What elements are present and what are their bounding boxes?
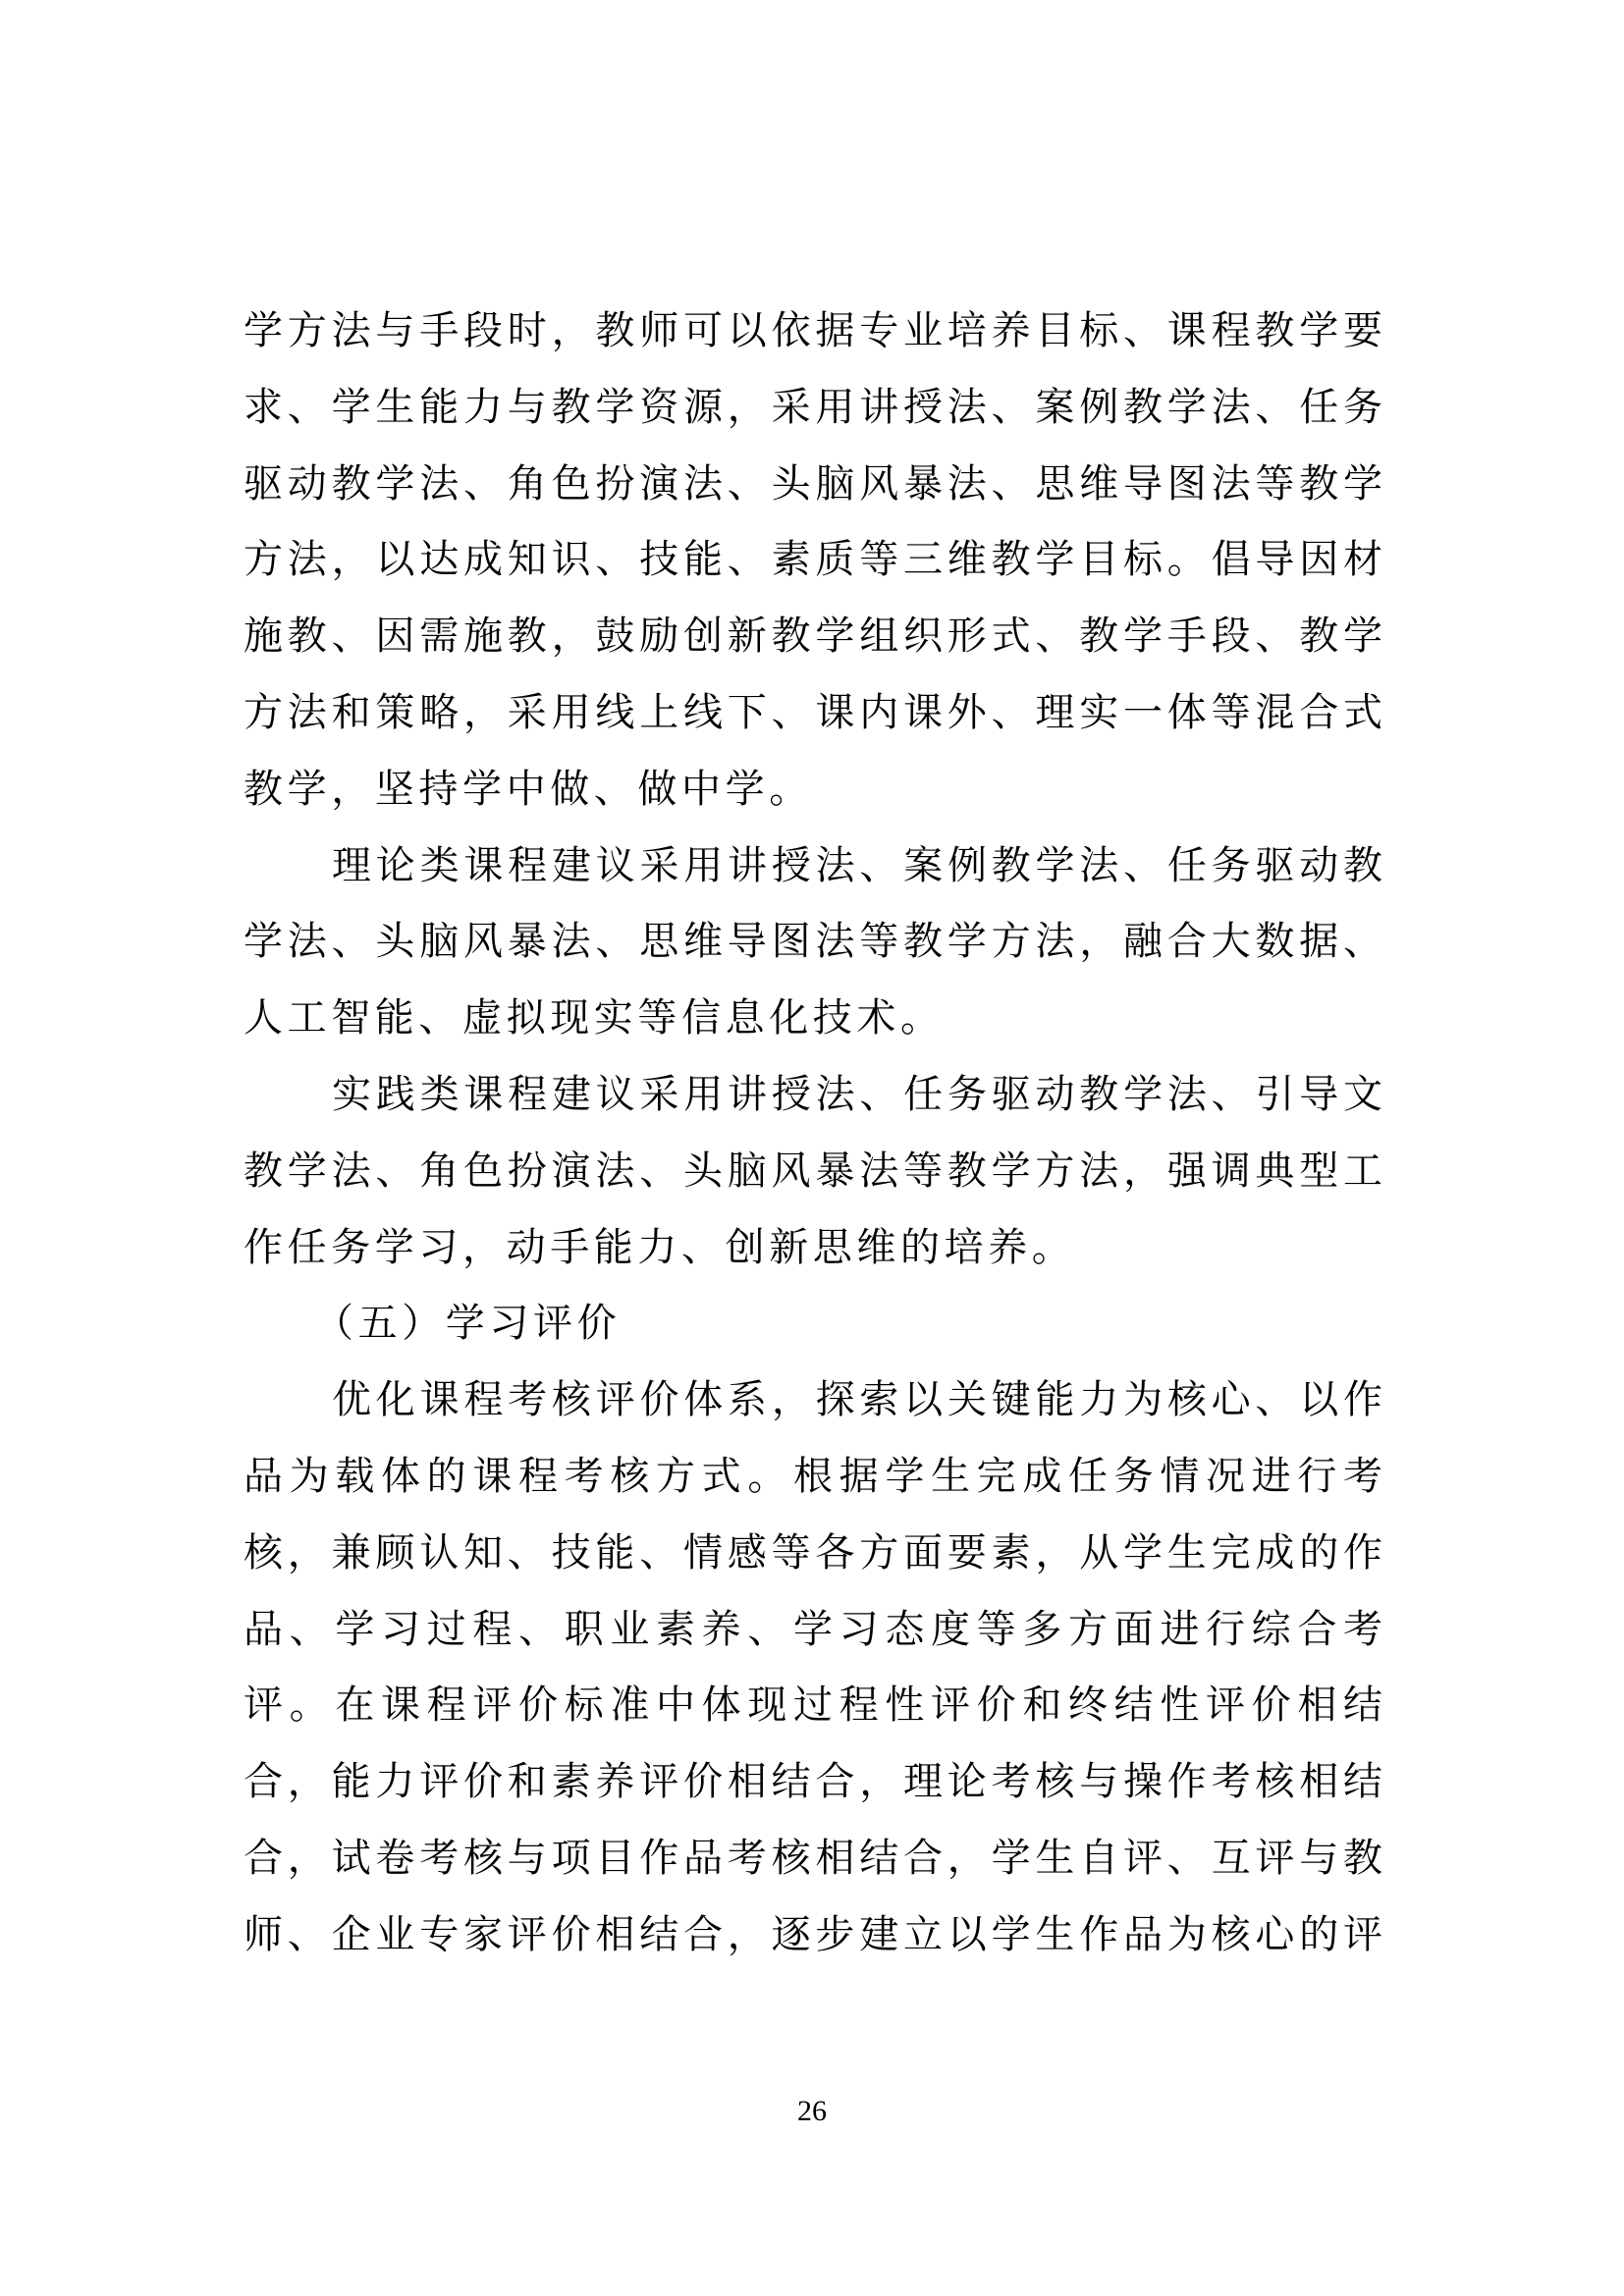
text-line: 实践类课程建议采用讲授法、任务驱动教学法、引导文 xyxy=(244,1057,1382,1134)
text-line: 合，试卷考核与项目作品考核相结合，学生自评、互评与教 xyxy=(244,1821,1382,1897)
text-line: 品、学习过程、职业素养、学习态度等多方面进行综合考 xyxy=(244,1592,1382,1669)
text-line: 作任务学习，动手能力、创新思维的培养。 xyxy=(244,1210,1382,1287)
heading-text: （五）学习评价 xyxy=(244,1286,1382,1362)
text-line: 教学，坚持学中做、做中学。 xyxy=(244,752,1382,828)
text-line: 学方法与手段时，教师可以依据专业培养目标、课程教学要 xyxy=(244,294,1382,370)
text-line: 人工智能、虚拟现实等信息化技术。 xyxy=(244,981,1382,1057)
text-line: 优化课程考核评价体系，探索以关键能力为核心、以作 xyxy=(244,1362,1382,1439)
text-line: 施教、因需施教，鼓励创新教学组织形式、教学手段、教学 xyxy=(244,599,1382,675)
page-number: 26 xyxy=(0,2094,1624,2129)
text-line: 理论类课程建议采用讲授法、案例教学法、任务驱动教 xyxy=(244,828,1382,905)
text-line: 教学法、角色扮演法、头脑风暴法等教学方法，强调典型工 xyxy=(244,1134,1382,1210)
text-line: 驱动教学法、角色扮演法、头脑风暴法、思维导图法等教学 xyxy=(244,447,1382,523)
text-line: 合，能力评价和素养评价相结合，理论考核与操作考核相结 xyxy=(244,1744,1382,1821)
document-page: 学方法与手段时，教师可以依据专业培养目标、课程教学要求、学生能力与教学资源，采用… xyxy=(0,0,1624,2296)
text-line: 评。在课程评价标准中体现过程性评价和终结性评价相结 xyxy=(244,1668,1382,1744)
body-text: 学方法与手段时，教师可以依据专业培养目标、课程教学要求、学生能力与教学资源，采用… xyxy=(244,294,1382,1974)
text-line: 求、学生能力与教学资源，采用讲授法、案例教学法、任务 xyxy=(244,370,1382,447)
paragraph: 学方法与手段时，教师可以依据专业培养目标、课程教学要求、学生能力与教学资源，采用… xyxy=(244,294,1382,828)
text-line: 核，兼顾认知、技能、情感等各方面要素，从学生完成的作 xyxy=(244,1516,1382,1592)
section-heading: （五）学习评价 xyxy=(244,1286,1382,1362)
text-line: 学法、头脑风暴法、思维导图法等教学方法，融合大数据、 xyxy=(244,904,1382,981)
text-line: 方法，以达成知识、技能、素质等三维教学目标。倡导因材 xyxy=(244,522,1382,599)
text-line: 师、企业专家评价相结合，逐步建立以学生作品为核心的评 xyxy=(244,1897,1382,1974)
paragraph: 优化课程考核评价体系，探索以关键能力为核心、以作品为载体的课程考核方式。根据学生… xyxy=(244,1362,1382,1973)
paragraph: 理论类课程建议采用讲授法、案例教学法、任务驱动教学法、头脑风暴法、思维导图法等教… xyxy=(244,828,1382,1057)
text-line: 品为载体的课程考核方式。根据学生完成任务情况进行考 xyxy=(244,1439,1382,1516)
paragraph: 实践类课程建议采用讲授法、任务驱动教学法、引导文教学法、角色扮演法、头脑风暴法等… xyxy=(244,1057,1382,1286)
text-line: 方法和策略，采用线上线下、课内课外、理实一体等混合式 xyxy=(244,675,1382,752)
